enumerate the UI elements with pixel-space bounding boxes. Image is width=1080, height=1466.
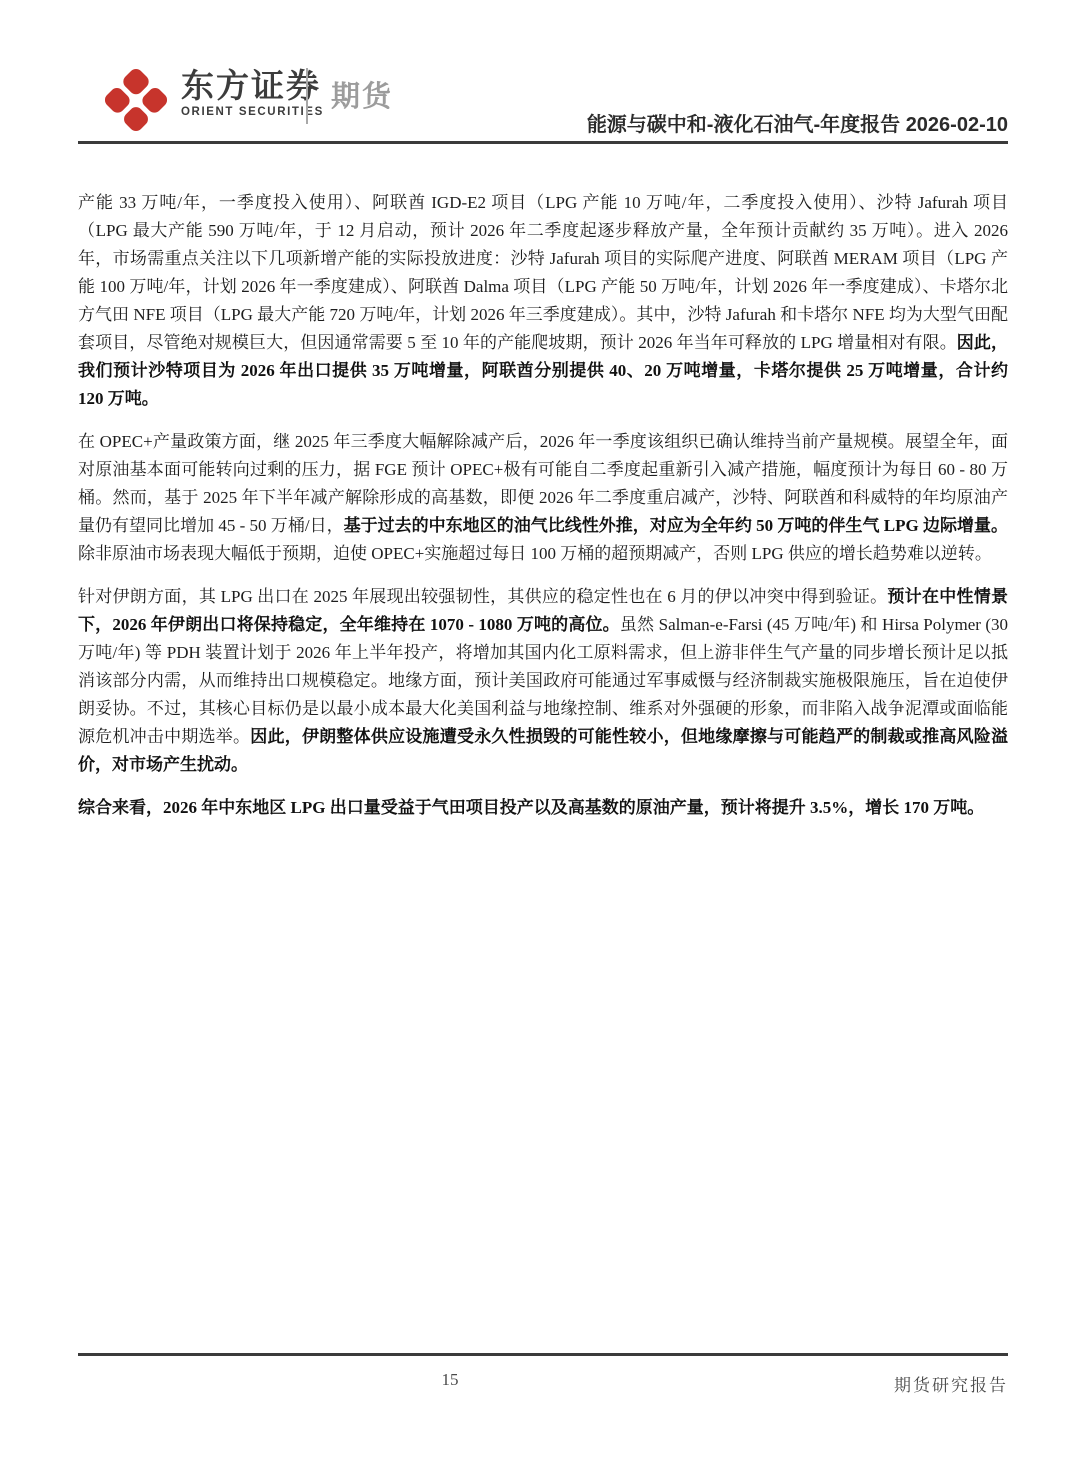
header-rule [78,141,1008,144]
bold-text-run: 基于过去的中东地区的油气比线性外推，对应为全年约 50 万吨的伴生气 LPG 边… [344,516,1008,535]
document-body: 产能 33 万吨/年，一季度投入使用）、阿联酋 IGD-E2 项目（LPG 产能… [78,189,1008,837]
text-run: 产能 33 万吨/年，一季度投入使用）、阿联酋 IGD-E2 项目（LPG 产能… [78,193,1008,352]
paragraph: 产能 33 万吨/年，一季度投入使用）、阿联酋 IGD-E2 项目（LPG 产能… [78,189,1008,413]
brand-text-block: 东方证券 ORIENT SECURITIES [181,69,324,119]
report-page: 东方证券 ORIENT SECURITIES 期货 能源与碳中和-液化石油气-年… [0,0,1080,1466]
orient-securities-logo-icon [100,64,172,136]
bold-text-run: 综合来看，2026 年中东地区 LPG 出口量受益于气田项目投产以及高基数的原油… [78,798,984,817]
paragraph: 在 OPEC+产量政策方面，继 2025 年三季度大幅解除减产后，2026 年一… [78,428,1008,568]
brand-name-cn: 东方证券 [181,69,324,102]
business-unit-label: 期货 [331,74,393,115]
footer-label: 期货研究报告 [894,1371,1008,1396]
text-run: 针对伊朗方面，其 LPG 出口在 2025 年展现出较强韧性，其供应的稳定性也在… [78,587,887,606]
text-run: 除非原油市场表现大幅低于预期，迫使 OPEC+实施超过每日 100 万桶的超预期… [78,544,992,563]
page-number: 15 [400,1370,500,1390]
brand-name-en: ORIENT SECURITIES [181,107,324,119]
header-divider [306,68,308,124]
footer-rule [78,1353,1008,1356]
paragraph: 综合来看，2026 年中东地区 LPG 出口量受益于气田项目投产以及高基数的原油… [78,794,1008,822]
diamond-mark-icon [102,66,170,134]
document-title: 能源与碳中和-液化石油气-年度报告 2026-02-10 [587,108,1008,137]
paragraph: 针对伊朗方面，其 LPG 出口在 2025 年展现出较强韧性，其供应的稳定性也在… [78,583,1008,779]
